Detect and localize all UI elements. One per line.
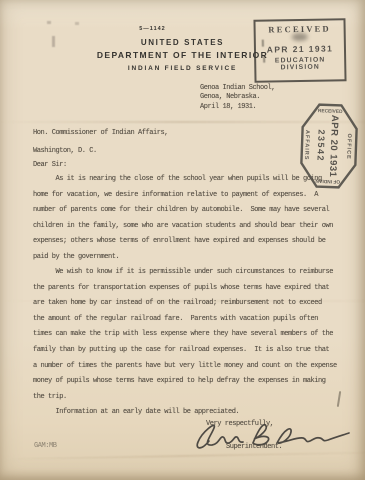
text-line: home for vacation, we desire information… — [33, 188, 345, 204]
stamp-rim-top: OFFICE — [345, 133, 352, 159]
text-line: the trip. — [33, 390, 345, 406]
text-line: money of pupils whose terms have expired… — [33, 374, 345, 390]
text-line: We wish to know if it is permissible und… — [33, 265, 345, 281]
letter-body: As it is nearing the close of the school… — [33, 172, 345, 421]
text-line: April 18, 1931. — [200, 103, 275, 112]
scanned-letter-page: 5—1142 UNITED STATES DEPARTMENT OF THE I… — [0, 0, 365, 480]
text-line: Washington, D. C. — [33, 142, 168, 160]
received-stamp-box: RECEIVED APR 21 1931 EDUCATION DIVISION — [253, 18, 346, 83]
text-line: Genoa Indian School, — [200, 84, 275, 93]
text-line: the amount of the regular railroad fare.… — [33, 312, 345, 328]
ink-smudge — [292, 33, 308, 41]
text-line: Hon. Commissioner of Indian Affairs, — [33, 124, 168, 142]
text-line: a number of times the parents have but v… — [33, 359, 345, 375]
stamp-oct-date: APR 20 1931 — [327, 115, 340, 178]
text-line: Genoa, Nebraska. — [200, 93, 275, 102]
recipient-block: Hon. Commissioner of Indian Affairs,Wash… — [33, 124, 168, 161]
stamp-oct-number: 23542 — [315, 129, 326, 162]
staple-hole — [47, 21, 51, 24]
stamp-division: DIVISION — [256, 63, 344, 72]
text-line: paid by the government. — [33, 250, 345, 266]
stamp-rim-left: RECEIVED — [318, 108, 343, 115]
text-line: expenses; others whose terms of enrollme… — [33, 234, 345, 250]
stamp-rim-bottom: AFFAIRS — [303, 130, 310, 161]
dateline-block: Genoa Indian School,Genoa, Nebraska.Apri… — [200, 84, 275, 112]
text-line: As it is nearing the close of the school… — [33, 172, 345, 188]
text-line: the parents for transportation expenses … — [33, 281, 345, 297]
text-line: times can make the trip with less expens… — [33, 327, 345, 343]
stamp-date: APR 21 1931 — [256, 43, 344, 55]
staple-hole — [75, 22, 79, 25]
text-line: family than by putting up the case for r… — [33, 343, 345, 359]
salutation: Dear Sir: — [33, 161, 67, 169]
text-line: number of parents come for their childre… — [33, 203, 345, 219]
text-line: are taken home by car instead of on the … — [33, 296, 345, 312]
signature-title: Superintendent. — [226, 443, 282, 451]
text-line: children in the family, some who are vac… — [33, 219, 345, 235]
typist-initials: GAM:MB — [34, 442, 57, 450]
